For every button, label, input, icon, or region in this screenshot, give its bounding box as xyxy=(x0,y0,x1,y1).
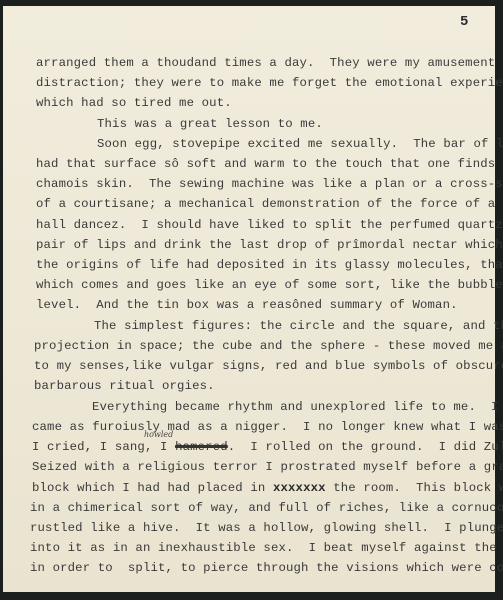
text-line: chamois skin. The sewing machine was lik… xyxy=(36,177,503,191)
text-line: barbarous ritual orgies. xyxy=(34,379,215,393)
text-line: rustled like a hive. It was a hollow, gl… xyxy=(30,521,503,535)
text-line: distraction; they were to make me forget… xyxy=(36,76,503,90)
text-line: Everything became rhythm and unexplored … xyxy=(92,400,503,414)
text-line: which comes and goes like an eye of some… xyxy=(36,278,503,292)
text-line: This was a great lesson to me. xyxy=(97,117,323,131)
text-line: came as furoiusly mad as a nigger. I no … xyxy=(32,420,503,434)
text-line: to my senses,like vulgar signs, red and … xyxy=(34,359,503,373)
text-line: in order to split, to pierce through the… xyxy=(30,561,503,575)
text-line: in a chimerical sort of way, and full of… xyxy=(30,501,503,515)
text-line: which had so tired me out. xyxy=(36,96,232,110)
text-line: Soon egg, stovepipe excited me sexually.… xyxy=(97,137,503,151)
text-line: pair of lips and drink the last drop of … xyxy=(36,238,503,252)
typed-strikeout: xxxxxxx xyxy=(273,481,326,495)
text-line: projection in space; the cube and the sp… xyxy=(34,339,503,353)
handwritten-annotation: howled xyxy=(144,430,173,439)
text-line: The simplest figures: the circle and the… xyxy=(94,319,503,333)
page-number: 5 xyxy=(460,14,468,30)
text-line: the origins of life had deposited in its… xyxy=(36,258,503,272)
text-line: I cried, I sang, I hamered. I rolled on … xyxy=(32,440,503,454)
text-line: hall dancez. I should have liked to spli… xyxy=(36,218,503,232)
text-line: level. And the tin box was a reasôned su… xyxy=(36,298,458,312)
text-line: had that surface sô soft and warm to the… xyxy=(36,157,503,171)
text-line: block which I had had placed in xxxxxxx … xyxy=(32,481,503,495)
text-line: of a courtisane; a mechanical demonstrat… xyxy=(36,197,503,211)
text-line: arranged them a thoudand times a day. Th… xyxy=(36,56,503,70)
text-line: into it as in an inexhaustible sex. I be… xyxy=(30,541,503,555)
struck-word: hamered xyxy=(175,440,228,454)
text-line: Seized with a religious terror I prostra… xyxy=(32,460,503,474)
